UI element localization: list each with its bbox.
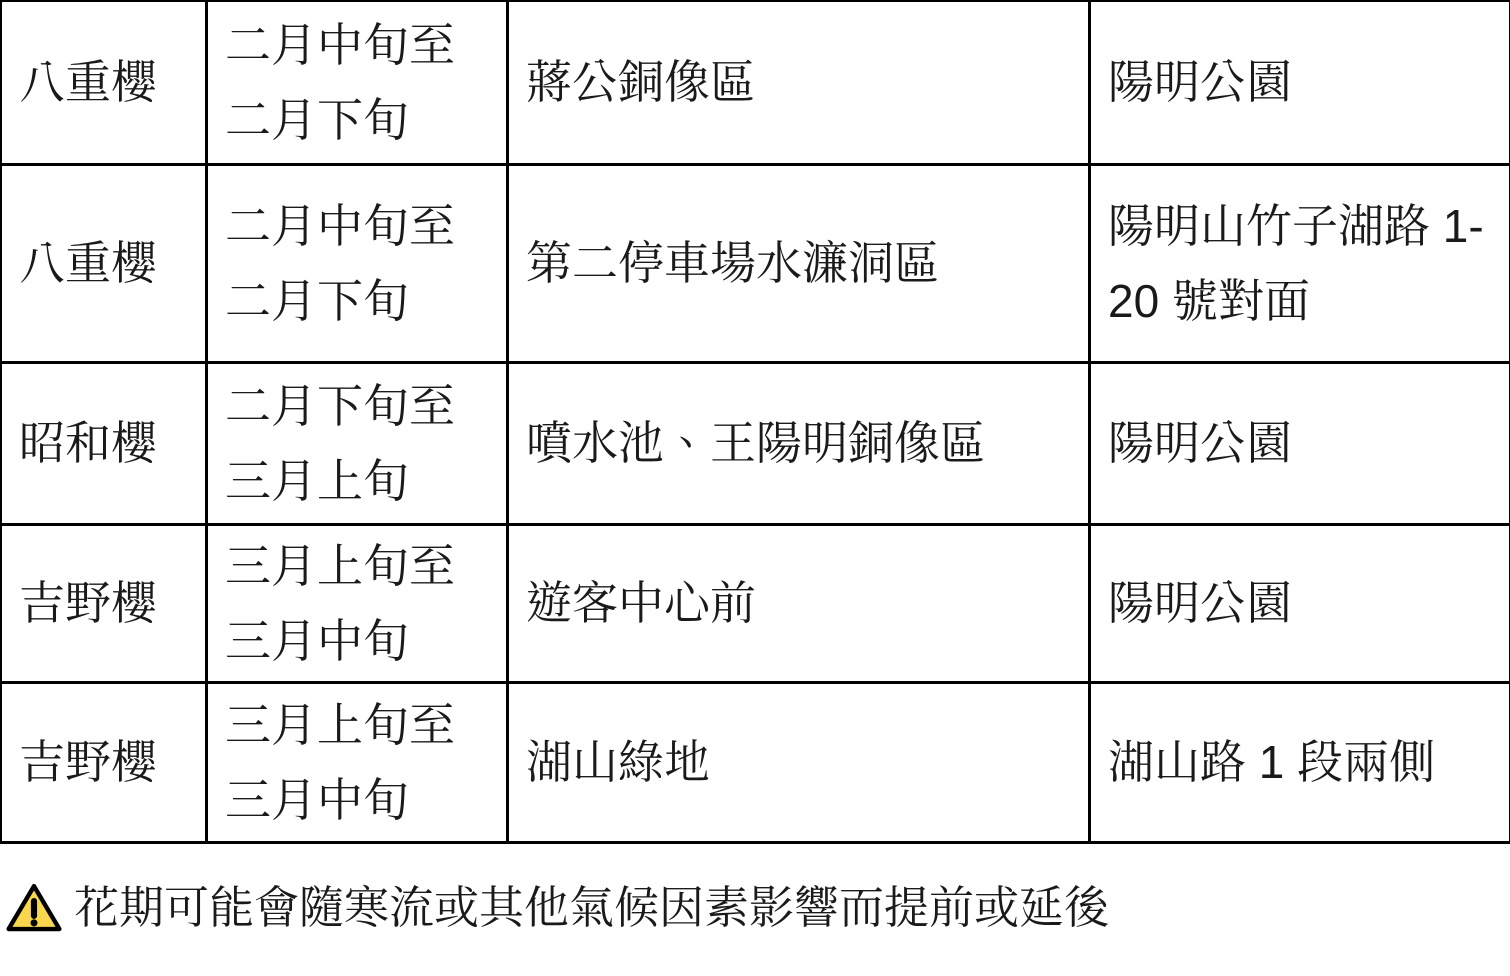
- bloom-period-cell: 二月中旬至二月下旬: [207, 165, 508, 363]
- spot-cell: 第二停車場水濂洞區: [508, 165, 1090, 363]
- cherry-type-cell: 吉野櫻: [1, 683, 207, 843]
- bloom-period-cell: 二月下旬至三月上旬: [207, 363, 508, 525]
- table-row: 八重櫻二月中旬至二月下旬第二停車場水濂洞區陽明山竹子湖路 1-20 號對面: [1, 165, 1510, 363]
- cherry-type-cell: 八重櫻: [1, 165, 207, 363]
- cell-line: 吉野櫻: [19, 566, 197, 641]
- area-cell: 陽明公園: [1090, 525, 1510, 683]
- cell-line: 湖山綠地: [526, 725, 1080, 800]
- cell-line: 陽明公園: [1108, 45, 1501, 120]
- cell-line: 三月上旬: [225, 444, 498, 519]
- cell-line: 二月下旬: [225, 264, 498, 339]
- bloom-period-cell: 二月中旬至二月下旬: [207, 1, 508, 165]
- cell-line: 蔣公銅像區: [526, 45, 1080, 120]
- cherry-type-cell: 昭和櫻: [1, 363, 207, 525]
- bloom-period-cell: 三月上旬至三月中旬: [207, 683, 508, 843]
- cell-line: 二月下旬至: [225, 369, 498, 444]
- spot-cell: 蔣公銅像區: [508, 1, 1090, 165]
- cell-line: 三月中旬: [225, 763, 498, 838]
- table-row: 吉野櫻三月上旬至三月中旬湖山綠地湖山路 1 段兩側: [1, 683, 1510, 843]
- cherry-type-cell: 吉野櫻: [1, 525, 207, 683]
- cell-line: 八重櫻: [19, 45, 197, 120]
- area-cell: 陽明公園: [1090, 1, 1510, 165]
- spot-cell: 遊客中心前: [508, 525, 1090, 683]
- area-cell: 陽明山竹子湖路 1-20 號對面: [1090, 165, 1510, 363]
- cell-line: 三月上旬至: [225, 688, 498, 763]
- cell-line: 二月中旬至: [225, 189, 498, 264]
- table-row: 吉野櫻三月上旬至三月中旬遊客中心前陽明公園: [1, 525, 1510, 683]
- cell-line: 二月下旬: [225, 83, 498, 158]
- cell-line: 噴水池、王陽明銅像區: [526, 406, 1080, 481]
- cell-line: 陽明公園: [1108, 406, 1501, 481]
- cherry-bloom-table: 八重櫻二月中旬至二月下旬蔣公銅像區陽明公園八重櫻二月中旬至二月下旬第二停車場水濂…: [0, 0, 1510, 844]
- note-text: 花期可能會隨寒流或其他氣候因素影響而提前或延後: [74, 882, 1109, 934]
- area-cell: 陽明公園: [1090, 363, 1510, 525]
- bloom-table-body: 八重櫻二月中旬至二月下旬蔣公銅像區陽明公園八重櫻二月中旬至二月下旬第二停車場水濂…: [1, 1, 1510, 843]
- cell-line: 湖山路 1 段兩側: [1108, 725, 1501, 800]
- cherry-type-cell: 八重櫻: [1, 1, 207, 165]
- bloom-note: 花期可能會隨寒流或其他氣候因素影響而提前或延後: [6, 843, 1506, 973]
- cell-line: 陽明公園: [1108, 566, 1501, 641]
- cell-line: 三月中旬: [225, 604, 498, 679]
- cell-line: 二月中旬至: [225, 8, 498, 83]
- warning-triangle-icon: [6, 882, 62, 934]
- cell-line: 吉野櫻: [19, 725, 197, 800]
- spot-cell: 湖山綠地: [508, 683, 1090, 843]
- bloom-period-cell: 三月上旬至三月中旬: [207, 525, 508, 683]
- table-row: 八重櫻二月中旬至二月下旬蔣公銅像區陽明公園: [1, 1, 1510, 165]
- table-row: 昭和櫻二月下旬至三月上旬噴水池、王陽明銅像區陽明公園: [1, 363, 1510, 525]
- cell-line: 遊客中心前: [526, 566, 1080, 641]
- spot-cell: 噴水池、王陽明銅像區: [508, 363, 1090, 525]
- cell-line: 八重櫻: [19, 226, 197, 301]
- area-cell: 湖山路 1 段兩側: [1090, 683, 1510, 843]
- cell-line: 三月上旬至: [225, 529, 498, 604]
- cell-line: 昭和櫻: [19, 406, 197, 481]
- cell-line: 20 號對面: [1108, 264, 1501, 339]
- cell-line: 第二停車場水濂洞區: [526, 226, 1080, 301]
- cell-line: 陽明山竹子湖路 1-: [1108, 189, 1501, 264]
